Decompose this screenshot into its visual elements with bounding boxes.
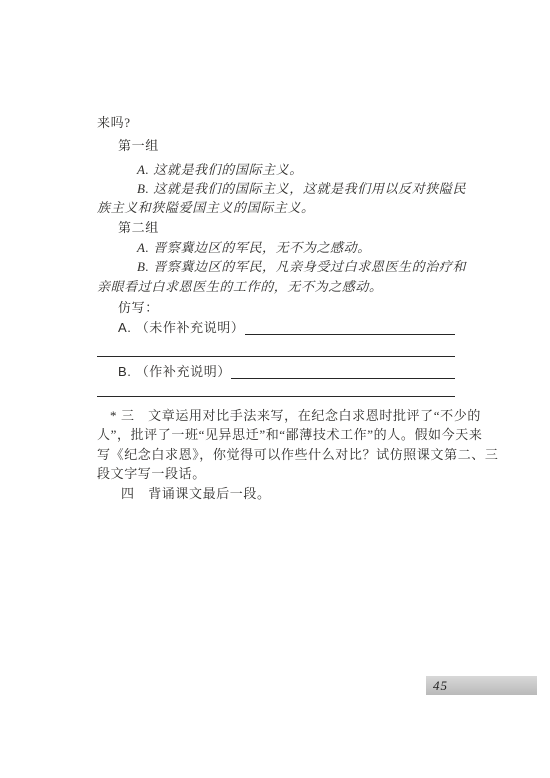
answer-row-b: B. （作补充说明） bbox=[118, 364, 455, 380]
group1-item-b-line1: B. 这就是我们的国际主义，这就是我们用以反对狭隘民 bbox=[137, 181, 466, 196]
group1-item-b-line2: 族主义和狭隘爱国主义的国际主义。 bbox=[97, 200, 315, 215]
imitation-heading: 仿写： bbox=[118, 300, 159, 315]
group1-item-a: A. 这就是我们的国际主义。 bbox=[137, 162, 303, 177]
answer-label-b: B. （作补充说明） bbox=[118, 364, 231, 380]
exercise-3-line3: 写《纪念白求恩》，你觉得可以作些什么对比？试仿照课文第二、三 bbox=[97, 447, 499, 462]
group2-item-b-line1: B. 晋察冀边区的军民，凡亲身受过白求恩医生的治疗和 bbox=[137, 259, 466, 274]
exercise-3-line2: 人”，批评了一班“见异思迁”和“鄙薄技术工作”的人。假如今天来 bbox=[97, 427, 482, 442]
answer-label-a: A. （未作补充说明） bbox=[118, 320, 245, 336]
page-number: 45 bbox=[433, 678, 448, 694]
group2-item-b-line2: 亲眼看过白求恩医生的工作的，无不为之感动。 bbox=[97, 279, 383, 294]
exercise-4-text: 四 背诵课文最后一段。 bbox=[121, 486, 271, 501]
page-number-bar: 45 bbox=[426, 676, 537, 695]
ruled-line-2 bbox=[97, 396, 455, 397]
group1-heading: 第一组 bbox=[118, 138, 159, 153]
carryover-text: 来吗? bbox=[97, 115, 131, 130]
answer-blank-a bbox=[245, 334, 456, 335]
answer-blank-b bbox=[231, 378, 455, 379]
textbook-page: 来吗? 第一组 A. 这就是我们的国际主义。 B. 这就是我们的国际主义，这就是… bbox=[0, 0, 550, 778]
exercise-3-line1: * 三 文章运用对比手法来写，在纪念白求恩时批评了“不少的 bbox=[110, 408, 481, 423]
group2-heading: 第二组 bbox=[118, 220, 159, 235]
exercise-3-line4: 段文字写一段话。 bbox=[97, 466, 206, 481]
ruled-line-1 bbox=[97, 356, 455, 357]
group2-item-a: A. 晋察冀边区的军民，无不为之感动。 bbox=[137, 240, 371, 255]
answer-row-a: A. （未作补充说明） bbox=[118, 320, 455, 336]
